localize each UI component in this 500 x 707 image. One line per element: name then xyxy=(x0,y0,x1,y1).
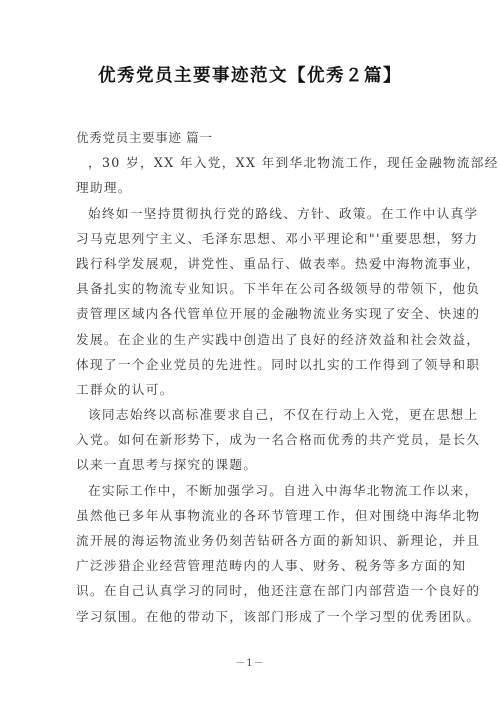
paragraph-line: 广泛涉猎企业经营管理范畴内的人事、财务、税务等多方面的知 xyxy=(76,553,424,578)
paragraph-line: 体现了一个企业党员的先进性。同时以扎实的工作得到了领导和职 xyxy=(76,352,424,377)
paragraph-line: 以来一直思考与探究的课题。 xyxy=(76,452,424,477)
paragraph-line: 始终如一坚持贯彻执行党的路线、方针、政策。在工作中认真学 xyxy=(76,201,424,226)
document-page: 优秀党员主要事迹范文【优秀２篇】 优秀党员主要事迹 篇一 ，30 岁，XX 年入… xyxy=(0,0,500,707)
paragraph-line: 理助理。 xyxy=(76,175,424,200)
paragraph-line: 识。在自己认真学习的同时，他还注意在部门内部营造一个良好的 xyxy=(76,578,424,603)
paragraph-line: 入党。如何在新形势下，成为一名合格而优秀的共产党员，是长久 xyxy=(76,427,424,452)
paragraph-line: 该同志始终以高标准要求自己，不仅在行动上入党，更在思想上 xyxy=(76,402,424,427)
paragraph-line: 习马克思列宁主义、毛泽东思想、邓小平理论和"'重要思想，努力 xyxy=(76,226,424,251)
paragraph-line: 发展。在企业的生产实践中创造出了良好的经济效益和社会效益， xyxy=(76,327,424,352)
paragraph-line: 工群众的认可。 xyxy=(76,377,424,402)
paragraph-line: 虽然他已多年从事物流业的各环节管理工作，但对围绕中海华北物 xyxy=(76,503,424,528)
paragraph-line: 践行科学发展观，讲党性、重品行、做表率。热爱中海物流事业， xyxy=(76,251,424,276)
paragraph-line: 在实际工作中，不断加强学习。自进入中海华北物流工作以来， xyxy=(76,478,424,503)
document-body: 优秀党员主要事迹 篇一 ，30 岁，XX 年入党，XX 年到华北物流工作，现任金… xyxy=(76,125,424,629)
paragraph-line: ，30 岁，XX 年入党，XX 年到华北物流工作，现任金融物流部经 xyxy=(76,150,424,175)
paragraph-line: 学习氛围。在他的带动下，该部门形成了一个学习型的优秀团队。 xyxy=(76,604,424,629)
page-number: －1－ xyxy=(0,654,500,669)
section-heading: 优秀党员主要事迹 篇一 xyxy=(76,125,424,150)
paragraph-line: 责管理区域内各代管单位开展的金融物流业务实现了安全、快速的 xyxy=(76,301,424,326)
paragraph-line: 具备扎实的物流专业知识。下半年在公司各级领导的带领下，他负 xyxy=(76,276,424,301)
paragraph-line: 流开展的海运物流业务仍刻苦钻研各方面的新知识、新理论，并且 xyxy=(76,528,424,553)
document-title: 优秀党员主要事迹范文【优秀２篇】 xyxy=(0,62,500,87)
